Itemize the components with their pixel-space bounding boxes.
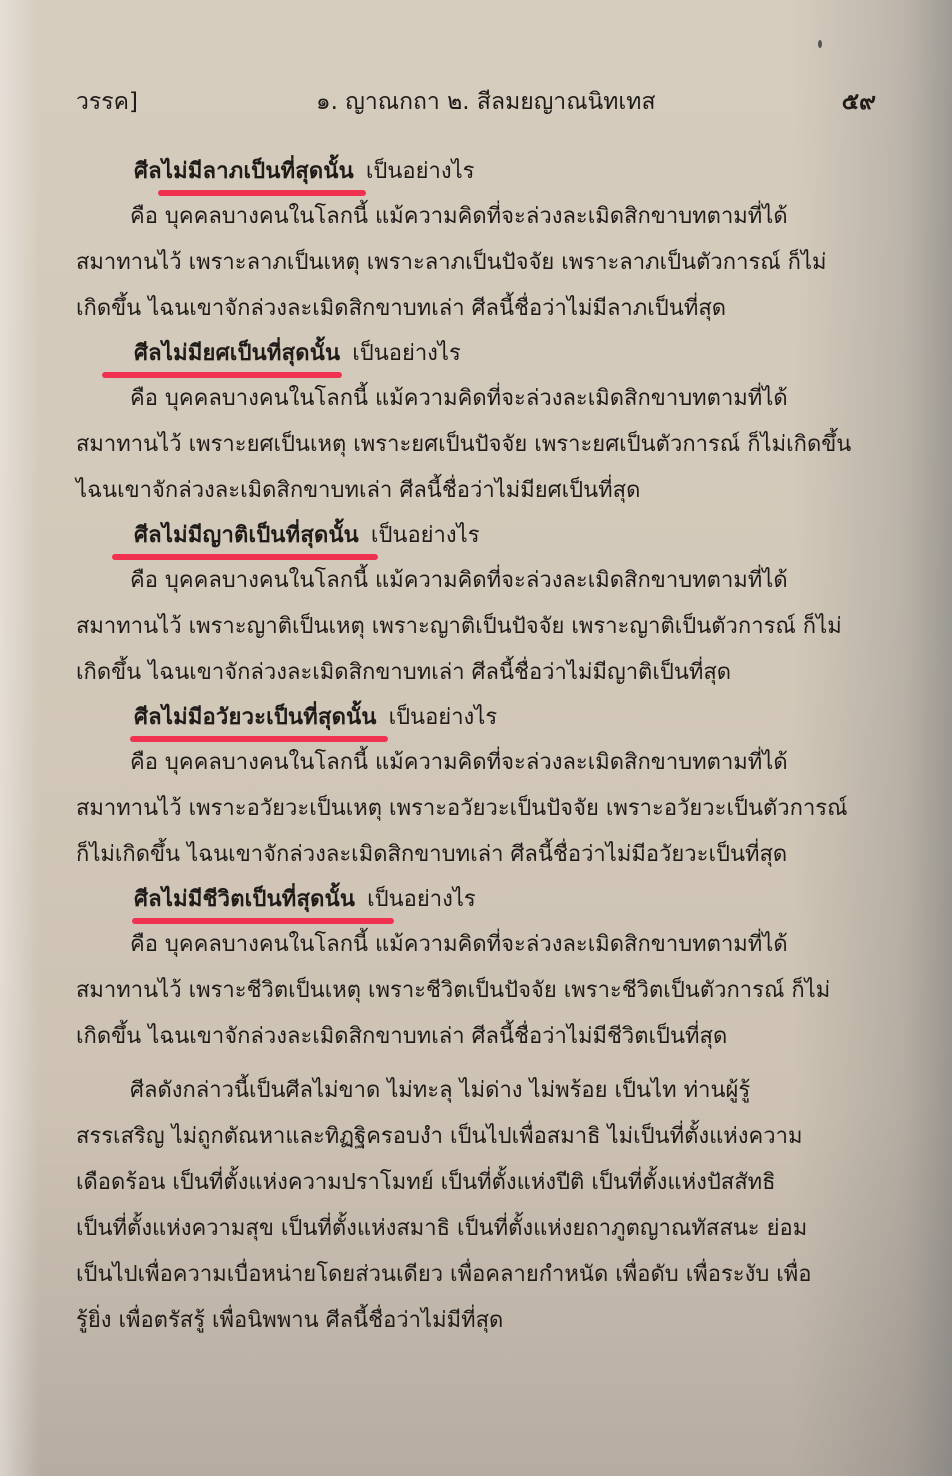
paper-speck — [818, 40, 822, 48]
heading-question: เป็นอย่างไร — [371, 523, 480, 548]
section-heading: ศีลไม่มีชีวิตเป็นที่สุดนั้นเป็นอย่างไร — [76, 878, 906, 922]
paragraph-line: เป็นไปเพื่อความเบื่อหน่ายโดยส่วนเดียว เพ… — [76, 1252, 906, 1298]
section-heading: ศีลไม่มียศเป็นที่สุดนั้นเป็นอย่างไร — [76, 332, 906, 376]
paragraph-line: เป็นที่ตั้งแห่งความสุข เป็นที่ตั้งแห่งสม… — [76, 1206, 906, 1252]
highlight-underline — [112, 554, 378, 560]
section-nati: ศีลไม่มีญาติเป็นที่สุดนั้นเป็นอย่างไร คื… — [76, 514, 906, 696]
header-chapter-tail: วรรค] — [76, 84, 138, 120]
heading-question: เป็นอย่างไร — [367, 887, 476, 912]
heading-question: เป็นอย่างไร — [352, 341, 461, 366]
section-paragraph: คือ บุคคลบางคนในโลกนี้ แม้ความคิดที่จะล่… — [76, 194, 906, 332]
paragraph-line: คือ บุคคลบางคนในโลกนี้ แม้ความคิดที่จะล่… — [76, 740, 906, 786]
heading-title: ศีลไม่มียศเป็นที่สุดนั้น — [134, 341, 340, 366]
heading-question: เป็นอย่างไร — [389, 705, 498, 730]
paragraph-line: เกิดขึ้น ไฉนเขาจักล่วงละเมิดสิกขาบทเล่า … — [76, 286, 906, 332]
heading-title: ศีลไม่มีญาติเป็นที่สุดนั้น — [134, 523, 359, 548]
paragraph-line: สมาทานไว้ เพราะลาภเป็นเหตุ เพราะลาภเป็นป… — [76, 240, 906, 286]
section-paragraph: คือ บุคคลบางคนในโลกนี้ แม้ความคิดที่จะล่… — [76, 922, 906, 1060]
header-title: ๑. ญาณกถา ๒. สีลมยญาณนิทเทส — [316, 84, 656, 120]
paragraph-line: คือ บุคคลบางคนในโลกนี้ แม้ความคิดที่จะล่… — [76, 194, 906, 240]
paragraph-line: ไฉนเขาจักล่วงละเมิดสิกขาบทเล่า ศีลนี้ชื่… — [76, 468, 906, 514]
page-edge-left — [0, 0, 40, 1476]
section-heading: ศีลไม่มีลาภเป็นที่สุดนั้นเป็นอย่างไร — [76, 150, 906, 194]
paragraph-line: ก็ไม่เกิดขึ้น ไฉนเขาจักล่วงละเมิดสิกขาบท… — [76, 832, 906, 878]
running-header: วรรค] ๑. ญาณกถา ๒. สีลมยญาณนิทเทส ๕๙ — [76, 84, 876, 118]
highlight-underline — [132, 918, 394, 924]
paragraph-line: สมาทานไว้ เพราะญาติเป็นเหตุ เพราะญาติเป็… — [76, 604, 906, 650]
paragraph-line: เดือดร้อน เป็นที่ตั้งแห่งความปราโมทย์ เป… — [76, 1160, 906, 1206]
paragraph-line: เกิดขึ้น ไฉนเขาจักล่วงละเมิดสิกขาบทเล่า … — [76, 650, 906, 696]
section-yasa: ศีลไม่มียศเป็นที่สุดนั้นเป็นอย่างไร คือ … — [76, 332, 906, 514]
section-paragraph: คือ บุคคลบางคนในโลกนี้ แม้ความคิดที่จะล่… — [76, 740, 906, 878]
paragraph-line: เกิดขึ้น ไฉนเขาจักล่วงละเมิดสิกขาบทเล่า … — [76, 1014, 906, 1060]
paragraph-line: คือ บุคคลบางคนในโลกนี้ แม้ความคิดที่จะล่… — [76, 922, 906, 968]
section-paragraph: คือ บุคคลบางคนในโลกนี้ แม้ความคิดที่จะล่… — [76, 558, 906, 696]
page-number: ๕๙ — [842, 84, 876, 120]
paragraph-line: สมาทานไว้ เพราะชีวิตเป็นเหตุ เพราะชีวิตเ… — [76, 968, 906, 1014]
section-jivita: ศีลไม่มีชีวิตเป็นที่สุดนั้นเป็นอย่างไร ค… — [76, 878, 906, 1060]
heading-title: ศีลไม่มีชีวิตเป็นที่สุดนั้น — [134, 887, 355, 912]
page-body: ศีลไม่มีลาภเป็นที่สุดนั้นเป็นอย่างไร คือ… — [76, 150, 906, 1344]
paragraph-line: รู้ยิ่ง เพื่อตรัสรู้ เพื่อนิพพาน ศีลนี้ช… — [76, 1298, 906, 1344]
paragraph-line: สรรเสริญ ไม่ถูกตัณหาและทิฏฐิครอบงำ เป็นไ… — [76, 1114, 906, 1160]
paragraph-line: สมาทานไว้ เพราะยศเป็นเหตุ เพราะยศเป็นปัจ… — [76, 422, 906, 468]
paragraph-line: คือ บุคคลบางคนในโลกนี้ แม้ความคิดที่จะล่… — [76, 376, 906, 422]
section-heading: ศีลไม่มีญาติเป็นที่สุดนั้นเป็นอย่างไร — [76, 514, 906, 558]
paragraph-line: ศีลดังกล่าวนี้เป็นศีลไม่ขาด ไม่ทะลุ ไม่ด… — [76, 1068, 906, 1114]
highlight-underline — [130, 736, 388, 742]
section-labha: ศีลไม่มีลาภเป็นที่สุดนั้นเป็นอย่างไร คือ… — [76, 150, 906, 332]
section-paragraph: คือ บุคคลบางคนในโลกนี้ แม้ความคิดที่จะล่… — [76, 376, 906, 514]
section-heading: ศีลไม่มีอวัยวะเป็นที่สุดนั้นเป็นอย่างไร — [76, 696, 906, 740]
paragraph-line: คือ บุคคลบางคนในโลกนี้ แม้ความคิดที่จะล่… — [76, 558, 906, 604]
heading-question: เป็นอย่างไร — [366, 159, 475, 184]
closing-paragraph: ศีลดังกล่าวนี้เป็นศีลไม่ขาด ไม่ทะลุ ไม่ด… — [76, 1068, 906, 1344]
highlight-underline — [102, 372, 342, 378]
highlight-underline — [158, 190, 366, 196]
heading-title: ศีลไม่มีอวัยวะเป็นที่สุดนั้น — [134, 705, 377, 730]
section-avayava: ศีลไม่มีอวัยวะเป็นที่สุดนั้นเป็นอย่างไร … — [76, 696, 906, 878]
heading-title: ศีลไม่มีลาภเป็นที่สุดนั้น — [134, 159, 354, 184]
paragraph-line: สมาทานไว้ เพราะอวัยวะเป็นเหตุ เพราะอวัยว… — [76, 786, 906, 832]
